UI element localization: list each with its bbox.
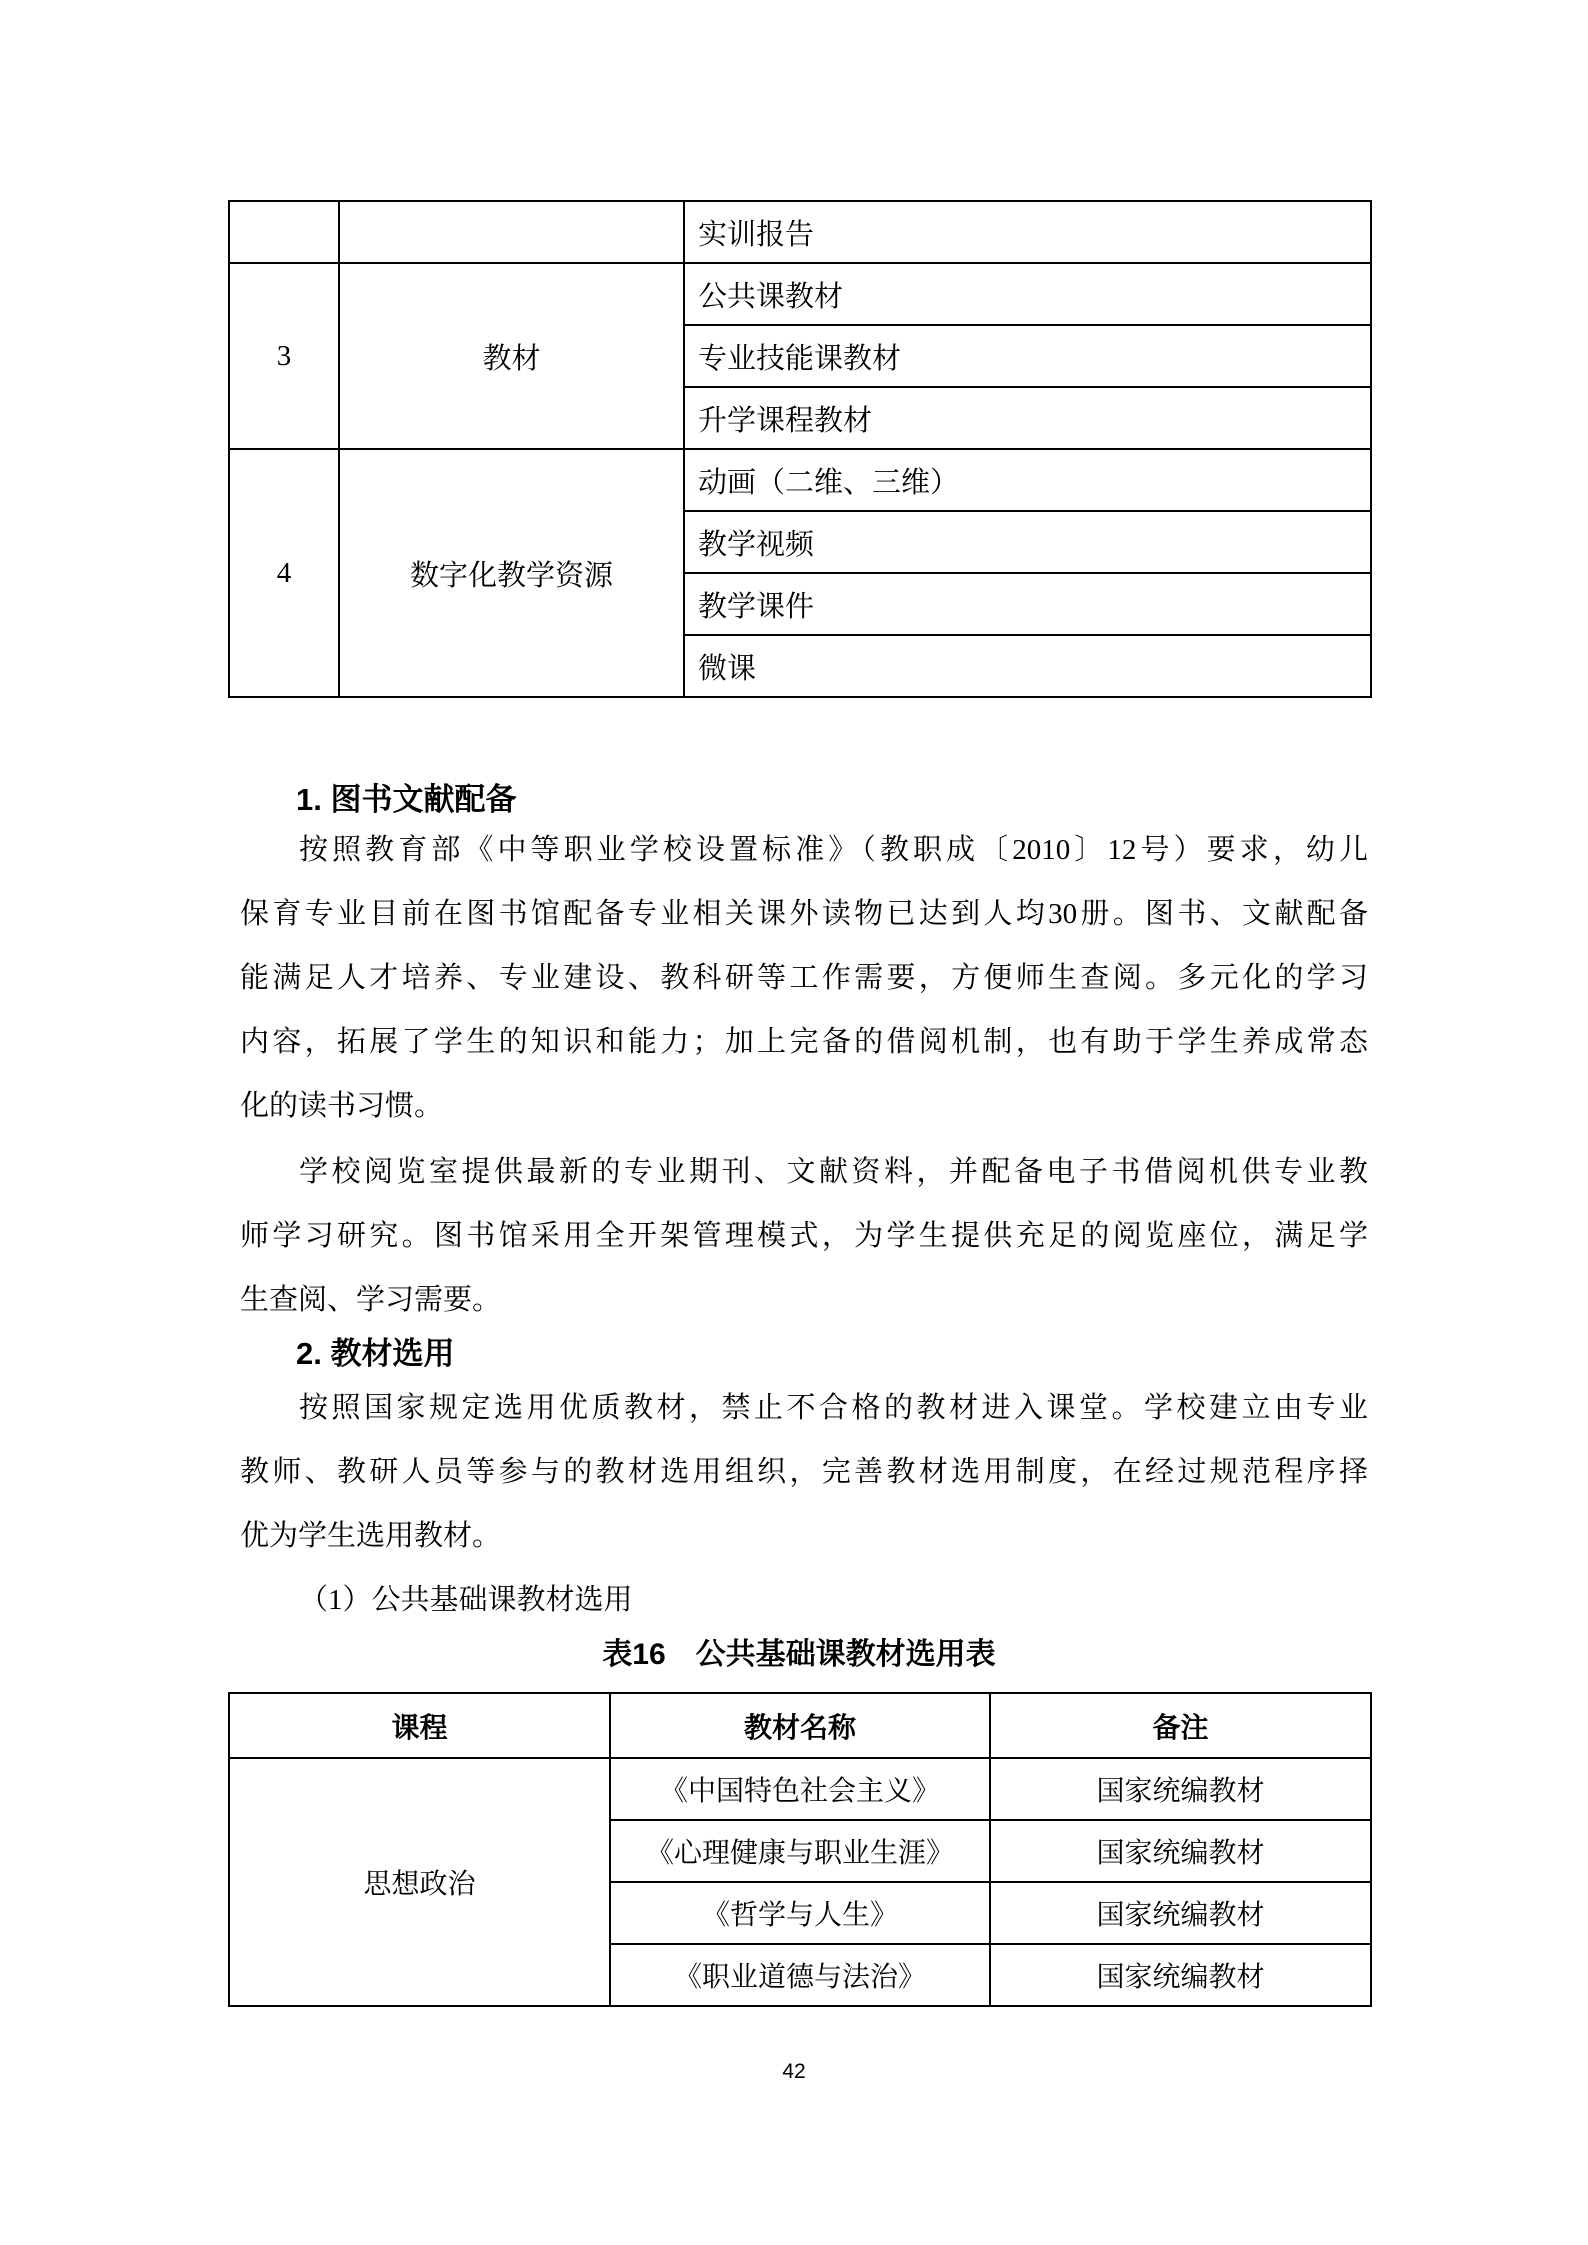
category-cell — [339, 201, 684, 263]
note-cell: 国家统编教材 — [990, 1944, 1371, 2006]
paragraph-line: 内容，拓展了学生的知识和能力；加上完备的借阅机制，也有助于学生养成常态 — [240, 1010, 1368, 1074]
row-number-cell — [229, 201, 339, 263]
table-row: 实训报告 — [229, 201, 1371, 263]
header-course: 课程 — [229, 1693, 610, 1758]
textbook-name-cell: 《心理健康与职业生涯》 — [610, 1820, 990, 1882]
paragraph-line: 优为学生选用教材。 — [240, 1504, 1368, 1568]
table-caption: 表16 公共基础课教材选用表 — [228, 1623, 1370, 1687]
equipment-table-body: 实训报告3教材公共课教材专业技能课教材升学课程教材4数字化教学资源动画（二维、三… — [229, 201, 1371, 697]
header-textbook-name: 教材名称 — [610, 1693, 990, 1758]
paragraph: 按照教育部《中等职业学校设置标准》（教职成〔2010〕12号）要求，幼儿保育专业… — [240, 818, 1368, 1138]
textbook-name-cell: 《中国特色社会主义》 — [610, 1758, 990, 1820]
paragraph: 学校阅览室提供最新的专业期刊、文献资料，并配备电子书借阅机供专业教师学习研究。图… — [240, 1140, 1368, 1332]
paragraph-line: 按照教育部《中等职业学校设置标准》（教职成〔2010〕12号）要求，幼儿 — [240, 818, 1368, 882]
paragraph-line: 能满足人才培养、专业建设、教科研等工作需要，方便师生查阅。多元化的学习 — [240, 946, 1368, 1010]
paragraph-line: 化的读书习惯。 — [240, 1074, 1368, 1138]
textbook-header-row: 课程 教材名称 备注 — [229, 1693, 1371, 1758]
textbook-name-cell: 《职业道德与法治》 — [610, 1944, 990, 2006]
row-number-cell: 4 — [229, 449, 339, 697]
category-cell: 数字化教学资源 — [339, 449, 684, 697]
item-cell: 动画（二维、三维） — [684, 449, 1371, 511]
item-cell: 公共课教材 — [684, 263, 1371, 325]
item-cell: 教学课件 — [684, 573, 1371, 635]
textbook-table: 课程 教材名称 备注 思想政治《中国特色社会主义》国家统编教材《心理健康与职业生… — [228, 1692, 1372, 2007]
table-row: 思想政治《中国特色社会主义》国家统编教材 — [229, 1758, 1371, 1820]
item-cell: 教学视频 — [684, 511, 1371, 573]
course-cell: 思想政治 — [229, 1758, 610, 2006]
item-cell: 升学课程教材 — [684, 387, 1371, 449]
item-cell: 实训报告 — [684, 201, 1371, 263]
table-row: 4数字化教学资源动画（二维、三维） — [229, 449, 1371, 511]
paragraph-line: 教师、教研人员等参与的教材选用组织，完善教材选用制度，在经过规范程序择 — [240, 1440, 1368, 1504]
table-row: 3教材公共课教材 — [229, 263, 1371, 325]
paragraph-line: 师学习研究。图书馆采用全开架管理模式，为学生提供充足的阅览座位，满足学 — [240, 1204, 1368, 1268]
equipment-table: 实训报告3教材公共课教材专业技能课教材升学课程教材4数字化教学资源动画（二维、三… — [228, 200, 1372, 698]
note-cell: 国家统编教材 — [990, 1882, 1371, 1944]
category-cell: 教材 — [339, 263, 684, 449]
paragraph-line: 学校阅览室提供最新的专业期刊、文献资料，并配备电子书借阅机供专业教 — [240, 1140, 1368, 1204]
textbook-table-body: 思想政治《中国特色社会主义》国家统编教材《心理健康与职业生涯》国家统编教材《哲学… — [229, 1758, 1371, 2006]
row-number-cell: 3 — [229, 263, 339, 449]
paragraph: 按照国家规定选用优质教材，禁止不合格的教材进入课堂。学校建立由专业教师、教研人员… — [240, 1376, 1368, 1568]
item-cell: 微课 — [684, 635, 1371, 697]
page-number: 42 — [0, 2060, 1588, 2084]
paragraph-line: 按照国家规定选用优质教材，禁止不合格的教材进入课堂。学校建立由专业 — [240, 1376, 1368, 1440]
document-page: 实训报告3教材公共课教材专业技能课教材升学课程教材4数字化教学资源动画（二维、三… — [0, 0, 1588, 2245]
item-cell: 专业技能课教材 — [684, 325, 1371, 387]
paragraph-line: 保育专业目前在图书馆配备专业相关课外读物已达到人均30册。图书、文献配备 — [240, 882, 1368, 946]
header-note: 备注 — [990, 1693, 1371, 1758]
textbook-name-cell: 《哲学与人生》 — [610, 1882, 990, 1944]
note-cell: 国家统编教材 — [990, 1758, 1371, 1820]
note-cell: 国家统编教材 — [990, 1820, 1371, 1882]
